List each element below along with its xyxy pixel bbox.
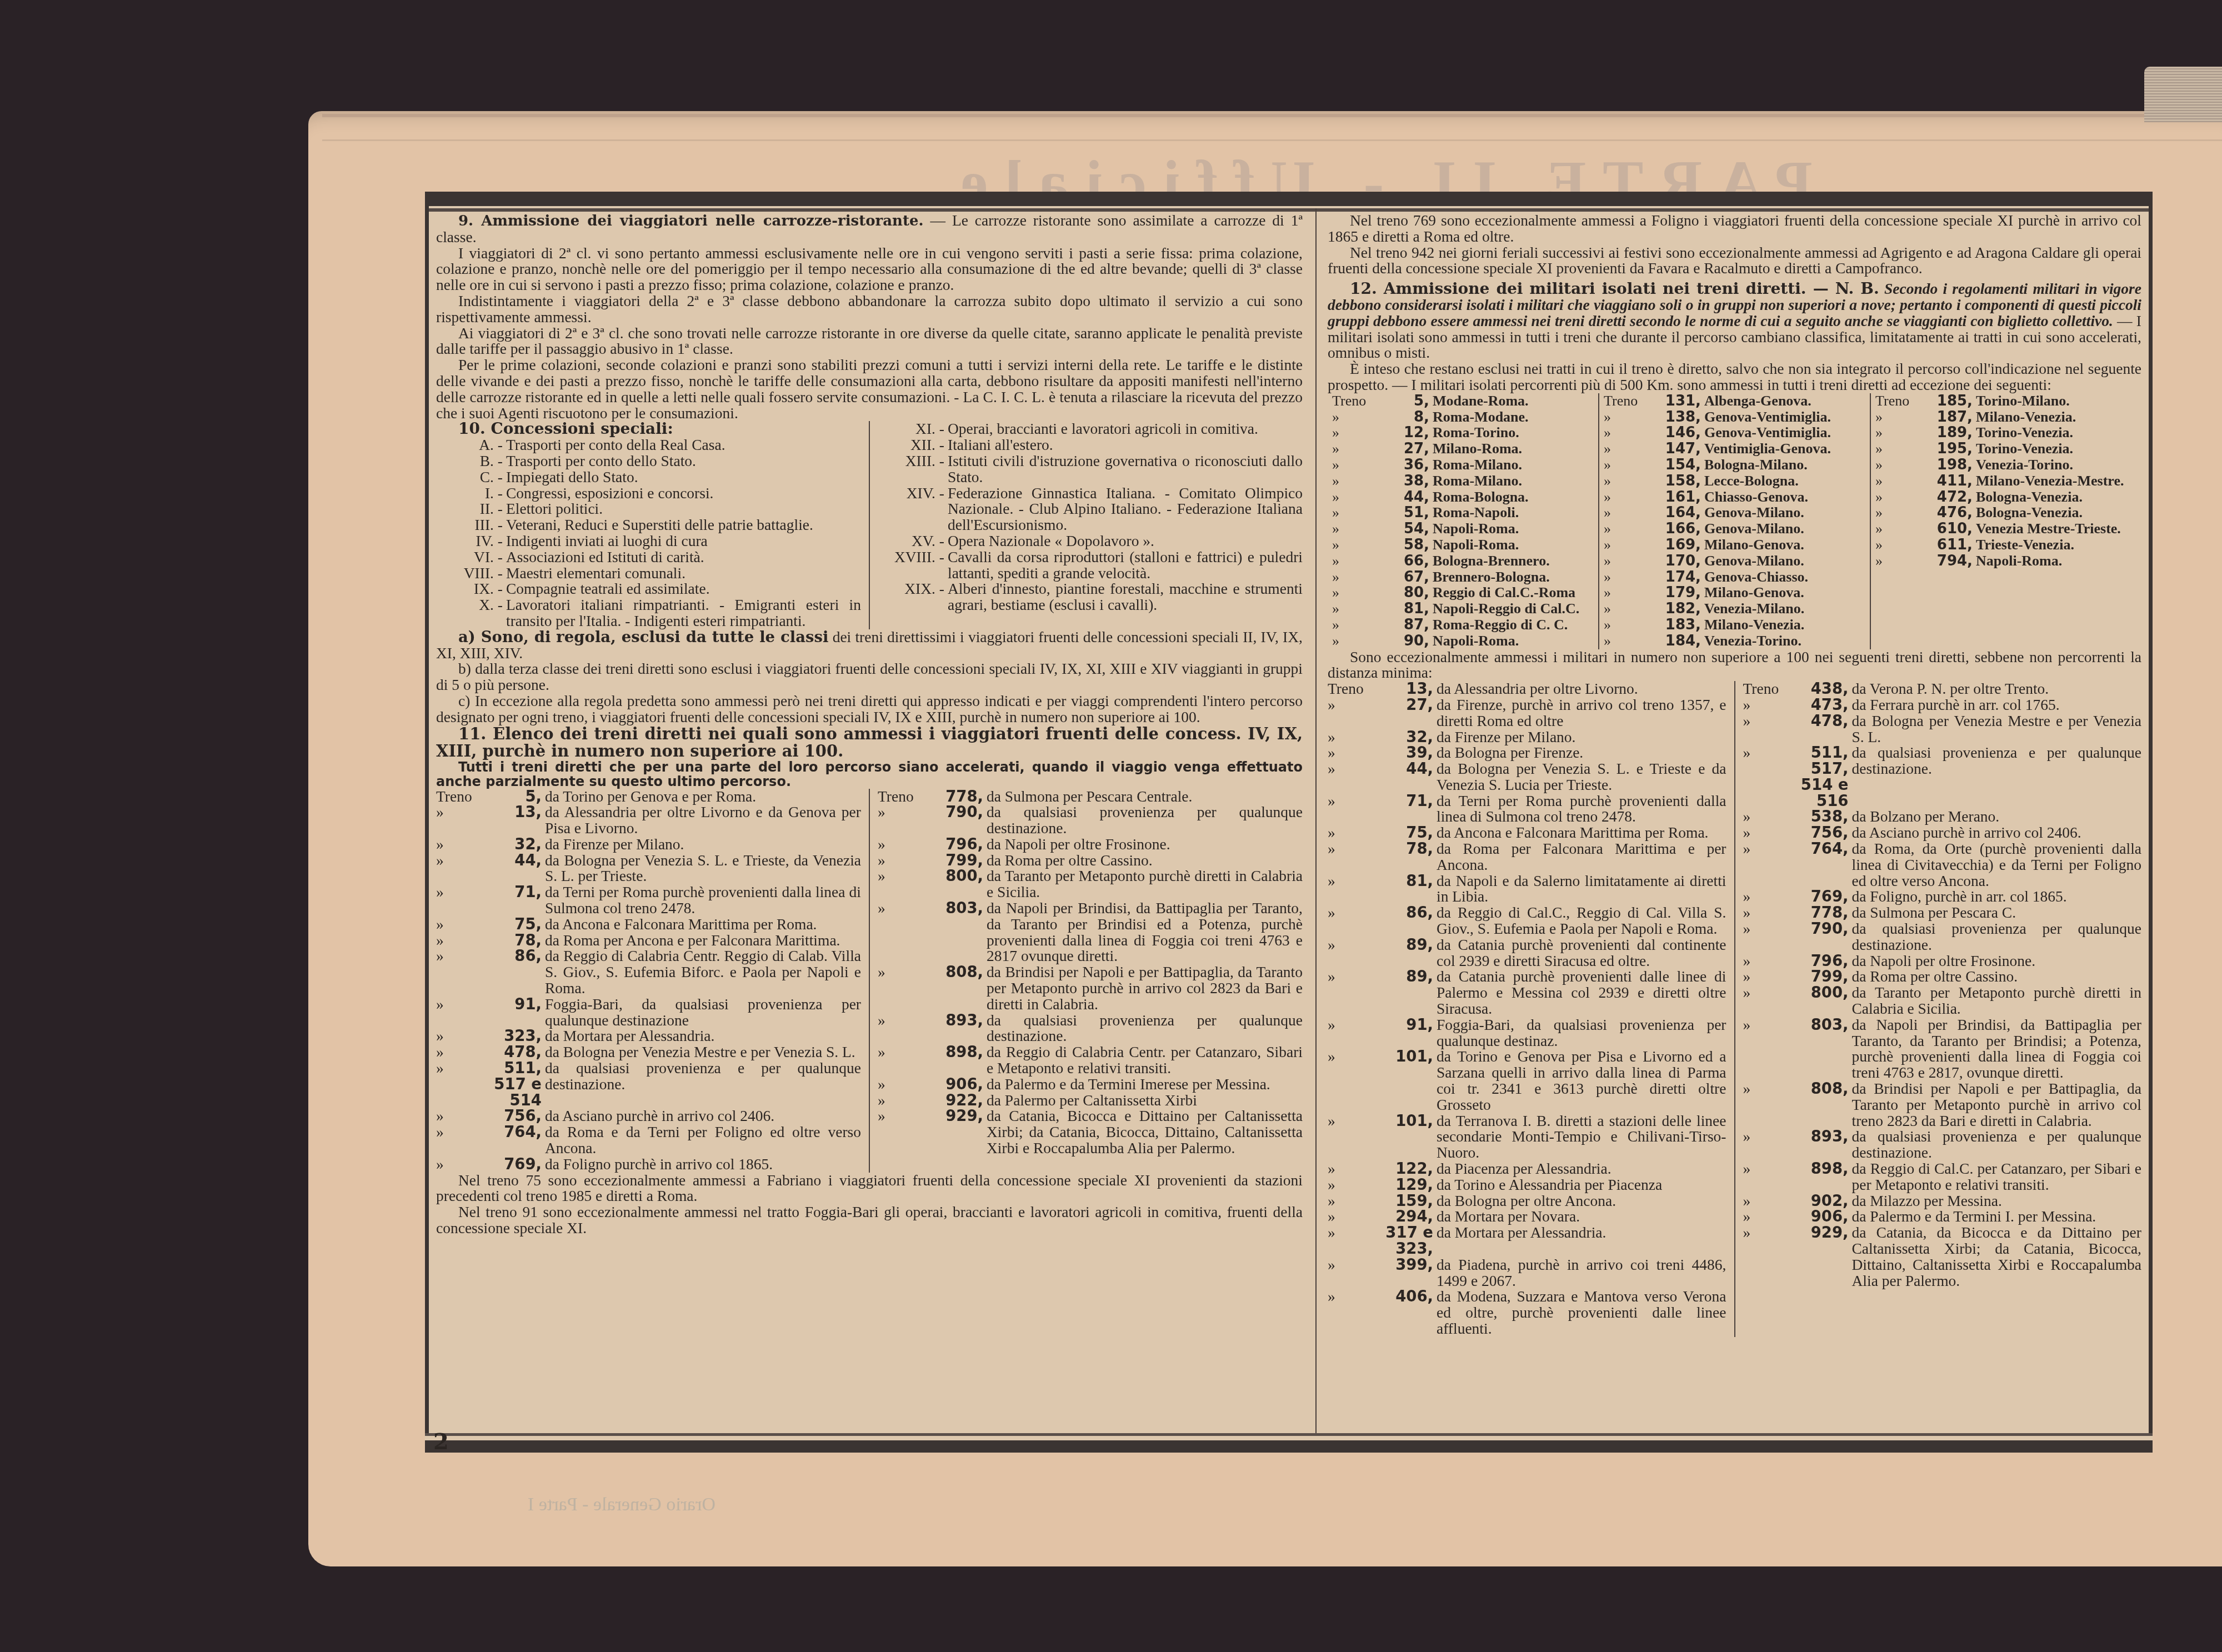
treno-label: »	[1875, 489, 1928, 505]
train-description: da Roma e da Terni per Foligno ed oltre …	[545, 1124, 861, 1157]
concession-code: II. -	[436, 501, 506, 517]
treno-label: »	[1743, 825, 1796, 841]
excluded-train: »38,Roma-Milano.	[1332, 473, 1594, 489]
train-description: da Catania, da Bicocca e da Dittaino per…	[1852, 1225, 2142, 1289]
train-description: da qualsiasi provenienza per qualunque d…	[987, 1013, 1303, 1045]
concession-text: Indigenti inviati ai luoghi di cura	[506, 533, 861, 549]
train-number: 323,	[489, 1028, 545, 1044]
admitted-trains-list: Treno13,da Alessandria per oltre Livorno…	[1328, 681, 2141, 1337]
train-number: 154,	[1657, 457, 1704, 473]
section-11-train-list: Treno5,da Torino per Genova e per Roma.»…	[436, 789, 1303, 1173]
train-entry: »778,da Sulmona per Pescara C.	[1743, 905, 2142, 921]
train-description: da Brindisi per Napoli e per Battipaglia…	[1852, 1081, 2142, 1129]
treno-label: »	[878, 868, 930, 900]
train-entry: »399,da Piadena, purchè in arrivo coi tr…	[1328, 1257, 1726, 1289]
train-description: da Bolzano per Merano.	[1852, 809, 2142, 825]
concession-text: Impiegati dello Stato.	[506, 469, 861, 485]
train-number: 769,	[1796, 889, 1852, 905]
excluded-train: »472,Bologna-Venezia.	[1875, 489, 2137, 505]
train-number: 796,	[930, 837, 987, 853]
train-entry: »32,da Firenze per Milano.	[436, 837, 861, 853]
train-number: 198,	[1928, 457, 1976, 473]
treno-label: »	[878, 1044, 930, 1077]
excluded-train: »138,Genova-Ventimiglia.	[1604, 409, 1865, 425]
concession-code: VIII. -	[436, 565, 506, 582]
train-description: da Alessandria per oltre Livorno.	[1437, 681, 1726, 697]
concession-code: B. -	[436, 453, 506, 469]
treno-label: »	[1743, 1161, 1796, 1193]
concession-text: Istituti civili d'istruzione governativa…	[948, 453, 1303, 485]
train-description: da Mortara per Novara.	[1437, 1209, 1726, 1225]
treno-label: »	[1332, 601, 1385, 617]
train-description: da Torino per Genova e per Roma.	[545, 789, 861, 805]
treno-label: »	[436, 948, 489, 996]
train-number: 91,	[1380, 1017, 1437, 1049]
excluded-train: »58,Napoli-Roma.	[1332, 537, 1594, 553]
train-number: 185,	[1928, 393, 1976, 409]
excluded-train: »67,Brennero-Bologna.	[1332, 569, 1594, 585]
train-entry: »800,da Taranto per Metaponto purchè dir…	[1743, 985, 2142, 1017]
excluded-train: »66,Bologna-Brennero.	[1332, 553, 1594, 569]
train-entry: »32,da Firenze per Milano.	[1328, 729, 1726, 745]
excluded-train: »158,Lecce-Bologna.	[1604, 473, 1865, 489]
treno-label: »	[1604, 425, 1657, 441]
excluded-train: »170,Genova-Milano.	[1604, 553, 1865, 569]
treno-label: »	[436, 1028, 489, 1044]
treno-label: »	[1332, 457, 1385, 473]
train-description: da Ancona e Falconara Marittima per Roma…	[1437, 825, 1726, 841]
train-number: 790,	[930, 804, 987, 837]
treno-label: Treno	[436, 789, 489, 805]
train-description: da Piacenza per Alessandria.	[1437, 1161, 1726, 1177]
train-number: 399,	[1380, 1257, 1437, 1289]
excluded-train: »169,Milano-Genova.	[1604, 537, 1865, 553]
excluded-train: »81,Napoli-Reggio di Cal.C.	[1332, 601, 1594, 617]
excluded-train: »610,Venezia Mestre-Trieste.	[1875, 521, 2137, 537]
train-entry: »89,da Catania purchè provenienti dalle …	[1328, 969, 1726, 1017]
train-number: 166,	[1657, 521, 1704, 537]
excluded-train: »182,Venezia-Milano.	[1604, 601, 1865, 617]
train-entry: »406,da Modena, Suzzara e Mantova verso …	[1328, 1289, 1726, 1336]
concession-code: A. -	[436, 437, 506, 453]
train-number: 86,	[1380, 905, 1437, 937]
bottom-rule	[425, 1433, 2153, 1453]
concession-text: Cavalli da corsa riproduttori (stalloni …	[948, 549, 1303, 582]
excluded-train: »179,Milano-Genova.	[1604, 585, 1865, 601]
train-entry: »764,da Roma e da Terni per Foligno ed o…	[436, 1124, 861, 1157]
train-description: da Taranto per Metaponto purchè diretti …	[1852, 985, 2142, 1017]
treno-label: »	[1604, 585, 1657, 601]
train-number: 538,	[1796, 809, 1852, 825]
train-number: 44,	[1380, 761, 1437, 793]
train-route: Roma-Reggio di C. C.	[1433, 617, 1568, 633]
treno-label: »	[878, 804, 930, 837]
treno-label: »	[436, 1108, 489, 1124]
concession-text: Veterani, Reduci e Superstiti delle patr…	[506, 517, 861, 533]
excluded-train: »166,Genova-Milano.	[1604, 521, 1865, 537]
train-entry: »81,da Napoli e da Salerno limitatamente…	[1328, 873, 1726, 905]
concession-item: III. -Veterani, Reduci e Superstiti dell…	[436, 517, 861, 533]
train-entry: »39,da Bologna per Firenze.	[1328, 745, 1726, 761]
train-number: 78,	[489, 933, 545, 949]
treno-label: »	[1604, 553, 1657, 569]
train-number: 478,	[1796, 713, 1852, 745]
page-number: 2	[433, 1429, 449, 1455]
train-description: da Ferrara purchè in arr. col 1765.	[1852, 697, 2142, 713]
train-description: da Roma per oltre Cassino.	[987, 853, 1303, 869]
train-number: 764,	[1796, 841, 1852, 889]
train-number: 122,	[1380, 1161, 1437, 1177]
train-number: 411,	[1928, 473, 1976, 489]
train-route: Genova-Milano.	[1704, 553, 1804, 569]
treno-label: »	[1743, 985, 1796, 1017]
train-number: 898,	[930, 1044, 987, 1077]
treno-label: »	[1328, 697, 1380, 729]
excluded-train: »184,Venezia-Torino.	[1604, 633, 1865, 649]
treno-label: »	[1743, 1209, 1796, 1225]
train-number: 511, 517, 514 e 516	[1796, 745, 1852, 809]
treno-label: »	[436, 837, 489, 853]
concession-item: XIII. -Istituti civili d'istruzione gove…	[878, 453, 1303, 485]
concession-text: Trasporti per conto della Real Casa.	[506, 437, 861, 453]
train-number: 317 e 323,	[1380, 1225, 1437, 1257]
train-route: Napoli-Roma.	[1433, 521, 1519, 537]
train-number: 80,	[1385, 585, 1433, 601]
train-entry: »906,da Palermo e da Termini Imerese per…	[878, 1077, 1303, 1093]
train-description: da Foligno, purchè in arr. col 1865.	[1852, 889, 2142, 905]
train-entry: »86,da Reggio di Cal.C., Reggio di Cal. …	[1328, 905, 1726, 937]
treno-label: »	[1743, 1129, 1796, 1161]
treno-label: »	[1604, 521, 1657, 537]
treno-label: »	[878, 900, 930, 964]
train-entry: »898,da Reggio di Cal.C. per Catanzaro, …	[1743, 1161, 2142, 1193]
train-description: da Bologna per Venezia Mestre e per Vene…	[545, 1044, 861, 1060]
train-entry: »91,Foggia-Bari, da qualsiasi provenienz…	[436, 997, 861, 1029]
train-entry: »800,da Taranto per Metaponto purchè dir…	[878, 868, 1303, 900]
train-entry: »511, 517 e 514da qualsiasi provenienza …	[436, 1060, 861, 1108]
train-number: 929,	[1796, 1225, 1852, 1289]
treno-label: »	[1328, 1289, 1380, 1336]
train-number: 5,	[1385, 393, 1433, 409]
train-number: 799,	[930, 853, 987, 869]
train-entry: »803,da Napoli per Brindisi, da Battipag…	[878, 900, 1303, 964]
treno-label: »	[1332, 521, 1385, 537]
train-description: da Milazzo per Messina.	[1852, 1193, 2142, 1209]
treno-label: »	[1604, 569, 1657, 585]
note-train-769: Nel treno 769 sono eccezionalmente ammes…	[1328, 213, 2141, 245]
train-entry: »756,da Asciano purchè in arrivo col 240…	[1743, 825, 2142, 841]
excluded-train: Treno5,Modane-Roma.	[1332, 393, 1594, 409]
train-route: Brennero-Bologna.	[1433, 569, 1550, 585]
treno-label: »	[1332, 617, 1385, 633]
train-description: Foggia-Bari, da qualsiasi provenienza pe…	[545, 997, 861, 1029]
train-description: da Mortara per Alessandria.	[545, 1028, 861, 1044]
excluded-train: »174,Genova-Chiasso.	[1604, 569, 1865, 585]
excluded-train: »189,Torino-Venezia.	[1875, 425, 2137, 441]
treno-label: »	[1328, 1209, 1380, 1225]
train-number: 39,	[1380, 745, 1437, 761]
section-12: 12. Ammissione dei militari isolati nei …	[1328, 281, 2141, 361]
concession-item: I. -Congressi, esposizioni e concorsi.	[436, 485, 861, 502]
column-divider	[1315, 208, 1317, 1436]
concession-text: Congressi, esposizioni e concorsi.	[506, 485, 861, 502]
treno-label: »	[1743, 953, 1796, 969]
treno-label: »	[1604, 617, 1657, 633]
excluded-train: »12,Roma-Torino.	[1332, 425, 1594, 441]
train-number: 159,	[1380, 1193, 1437, 1209]
treno-label: »	[1328, 793, 1380, 825]
train-route: Milano-Genova.	[1704, 585, 1804, 601]
section-11-note: Tutti i treni diretti che per una parte …	[436, 760, 1303, 789]
train-entry: »893,da qualsiasi provenienza e per qual…	[1743, 1129, 2142, 1161]
treno-label: »	[1328, 1193, 1380, 1209]
treno-label: »	[1328, 873, 1380, 905]
train-route: Roma-Milano.	[1433, 473, 1522, 489]
train-number: 158,	[1657, 473, 1704, 489]
concession-text: Compagnie teatrali ed assimilate.	[506, 581, 861, 597]
train-description: da Palermo e da Termini I. per Messina.	[1852, 1209, 2142, 1225]
train-route: Roma-Torino.	[1433, 425, 1519, 441]
treno-label: Treno	[1332, 393, 1385, 409]
train-number: 164,	[1657, 505, 1704, 521]
treno-label: »	[1332, 505, 1385, 521]
train-entry: Treno13,da Alessandria per oltre Livorno…	[1328, 681, 1726, 697]
train-number: 756,	[489, 1108, 545, 1124]
concession-code: VI. -	[436, 549, 506, 565]
treno-label: »	[436, 917, 489, 933]
excluded-train: »161,Chiasso-Genova.	[1604, 489, 1865, 505]
concession-item: XVIII. -Cavalli da corsa riproduttori (s…	[878, 549, 1303, 582]
train-description: da Bologna per Firenze.	[1437, 745, 1726, 761]
train-number: 71,	[1380, 793, 1437, 825]
train-route: Napoli-Reggio di Cal.C.	[1433, 601, 1579, 617]
train-entry: »769,da Foligno, purchè in arr. col 1865…	[1743, 889, 2142, 905]
treno-label: »	[436, 884, 489, 917]
section-10-title: 10. Concessioni speciali:	[436, 421, 861, 437]
concession-text: Operai, braccianti e lavoratori agricoli…	[948, 421, 1303, 437]
treno-label: »	[1328, 1049, 1380, 1113]
note-train-91: Nel treno 91 sono eccezionalmente ammess…	[436, 1204, 1303, 1237]
train-route: Genova-Milano.	[1704, 505, 1804, 521]
section-12-paragraph: Sono eccezionalmente ammessi i militari …	[1328, 649, 2141, 682]
treno-label: »	[1604, 537, 1657, 553]
train-number: 769,	[489, 1157, 545, 1173]
train-number: 78,	[1380, 841, 1437, 873]
train-description: da Roma, da Orte (purchè provenienti dal…	[1852, 841, 2142, 889]
treno-label: »	[1332, 489, 1385, 505]
train-number: 808,	[930, 964, 987, 1012]
train-route: Bologna-Venezia.	[1976, 489, 2083, 505]
concession-code: XVIII. -	[878, 549, 948, 582]
treno-label: »	[1743, 809, 1796, 825]
treno-label: »	[1332, 537, 1385, 553]
train-number: 610,	[1928, 521, 1976, 537]
treno-label: »	[1743, 1081, 1796, 1129]
treno-label: »	[1332, 409, 1385, 425]
treno-label: »	[1875, 537, 1928, 553]
treno-label: »	[1743, 841, 1796, 889]
train-route: Napoli-Roma.	[1976, 553, 2062, 569]
concession-code: IX. -	[436, 581, 506, 597]
train-entry: »808,da Brindisi per Napoli e per Battip…	[878, 964, 1303, 1012]
treno-label: »	[1328, 1177, 1380, 1193]
treno-label: »	[1328, 1017, 1380, 1049]
treno-label: »	[1604, 633, 1657, 649]
train-number: 75,	[489, 917, 545, 933]
train-route: Torino-Milano.	[1976, 393, 2070, 409]
train-number: 81,	[1385, 601, 1433, 617]
excluded-train: »44,Roma-Bologna.	[1332, 489, 1594, 505]
train-route: Torino-Venezia.	[1976, 425, 2073, 441]
train-number: 38,	[1385, 473, 1433, 489]
train-entry: »803,da Napoli per Brindisi, da Battipag…	[1743, 1017, 2142, 1081]
treno-label: »	[1743, 969, 1796, 985]
train-number: 51,	[1385, 505, 1433, 521]
train-description: da Verona P. N. per oltre Trento.	[1852, 681, 2142, 697]
train-entry: »294,da Mortara per Novara.	[1328, 1209, 1726, 1225]
excluded-train: »147,Ventimiglia-Genova.	[1604, 441, 1865, 457]
treno-label: »	[1743, 905, 1796, 921]
train-route: Lecce-Bologna.	[1704, 473, 1799, 489]
train-route: Venezia-Milano.	[1704, 601, 1804, 617]
excluded-train: »27,Milano-Roma.	[1332, 441, 1594, 457]
train-number: 170,	[1657, 553, 1704, 569]
train-number: 764,	[489, 1124, 545, 1157]
train-route: Roma-Napoli.	[1433, 505, 1519, 521]
concession-item: C. -Impiegati dello Stato.	[436, 469, 861, 485]
train-description: da Roma per oltre Cassino.	[1852, 969, 2142, 985]
treno-label: »	[1743, 697, 1796, 713]
excluded-train: »51,Roma-Napoli.	[1332, 505, 1594, 521]
concession-code: XIII. -	[878, 453, 948, 485]
train-route: Roma-Milano.	[1433, 457, 1522, 473]
note-train-75: Nel treno 75 sono eccezionalmente ammess…	[436, 1173, 1303, 1205]
bleed-through-footer: Orario Generale - Parte I	[528, 1494, 715, 1515]
excluded-train: »87,Roma-Reggio di C. C.	[1332, 617, 1594, 633]
train-number: 929,	[930, 1108, 987, 1156]
note-train-942: Nel treno 942 nei giorni feriali success…	[1328, 245, 2141, 277]
treno-label: »	[1332, 633, 1385, 649]
treno-label: »	[1875, 441, 1928, 457]
excluded-train: Treno185,Torino-Milano.	[1875, 393, 2137, 409]
train-entry: »478,da Bologna per Venezia Mestre e per…	[436, 1044, 861, 1060]
train-number: 902,	[1796, 1193, 1852, 1209]
train-number: 71,	[489, 884, 545, 917]
train-number: 187,	[1928, 409, 1976, 425]
train-number: 800,	[930, 868, 987, 900]
train-route: Bologna-Milano.	[1704, 457, 1808, 473]
treno-label: »	[436, 1060, 489, 1108]
train-description: da qualsiasi provenienza e per qualunque…	[1852, 1129, 2142, 1161]
concession-text: Federazione Ginnastica Italiana. - Comit…	[948, 485, 1303, 533]
train-entry: »790,da qualsiasi provenienza per qualun…	[878, 804, 1303, 837]
train-number: 778,	[930, 789, 987, 805]
train-entry: »44,da Bologna per Venezia S. L. e Tries…	[436, 853, 861, 885]
rule-a: a) Sono, di regola, esclusi da tutte le …	[436, 629, 1303, 662]
train-number: 893,	[930, 1013, 987, 1045]
concession-item: B. -Trasporti per conto dello Stato.	[436, 453, 861, 469]
train-description: da Napoli per Brindisi, da Battipaglia p…	[1852, 1017, 2142, 1081]
train-number: 8,	[1385, 409, 1433, 425]
concession-item: XV. -Opera Nazionale « Dopolavoro ».	[878, 533, 1303, 549]
train-number: 90,	[1385, 633, 1433, 649]
train-description: da Sulmona per Pescara Centrale.	[987, 789, 1303, 805]
train-description: da Brindisi per Napoli e per Battipaglia…	[987, 964, 1303, 1012]
treno-label: »	[1332, 441, 1385, 457]
train-number: 174,	[1657, 569, 1704, 585]
train-entry: »902,da Milazzo per Messina.	[1743, 1193, 2142, 1209]
train-entry: »91,Foggia-Bari, da qualsiasi provenienz…	[1328, 1017, 1726, 1049]
train-entry: »796,da Napoli per oltre Frosinone.	[1743, 953, 2142, 969]
train-entry: »922,da Palermo per Caltanissetta Xirbi	[878, 1093, 1303, 1109]
train-number: 893,	[1796, 1129, 1852, 1161]
train-route: Ventimiglia-Genova.	[1704, 441, 1831, 457]
excluded-train: »476,Bologna-Venezia.	[1875, 505, 2137, 521]
treno-label: »	[1743, 1017, 1796, 1081]
treno-label: »	[1604, 457, 1657, 473]
train-number: 81,	[1380, 873, 1437, 905]
train-number: 13,	[1380, 681, 1437, 697]
right-column: Nel treno 769 sono eccezionalmente ammes…	[1328, 213, 2141, 1337]
treno-label: »	[1604, 473, 1657, 489]
train-route: Venezia Mestre-Trieste.	[1976, 521, 2121, 537]
treno-label: »	[436, 1124, 489, 1157]
excluded-train: »80,Reggio di Cal.C.-Roma	[1332, 585, 1594, 601]
train-description: da Firenze, purchè in arrivo col treno 1…	[1437, 697, 1726, 729]
train-route: Venezia-Torino.	[1976, 457, 2073, 473]
train-number: 438,	[1796, 681, 1852, 697]
train-number: 138,	[1657, 409, 1704, 425]
train-route: Genova-Ventimiglia.	[1704, 409, 1831, 425]
train-description: da qualsiasi provenienza per qualunque d…	[1852, 921, 2142, 953]
train-description: da Terni per Roma purchè provenienti dal…	[1437, 793, 1726, 825]
train-description: da Palermo e da Termini Imerese per Mess…	[987, 1077, 1303, 1093]
train-entry: »75,da Ancona e Falconara Marittima per …	[1328, 825, 1726, 841]
concession-code: XI. -	[878, 421, 948, 437]
train-entry: »929,da Catania, da Bicocca e da Dittain…	[1743, 1225, 2142, 1289]
train-number: 189,	[1928, 425, 1976, 441]
excluded-train: »154,Bologna-Milano.	[1604, 457, 1865, 473]
train-entry: »323,da Mortara per Alessandria.	[436, 1028, 861, 1044]
train-route: Venezia-Torino.	[1704, 633, 1801, 649]
train-route: Roma-Bologna.	[1433, 489, 1529, 505]
train-number: 131,	[1657, 393, 1704, 409]
treno-label: »	[878, 837, 930, 853]
excluded-train: »198,Venezia-Torino.	[1875, 457, 2137, 473]
train-description: da Reggio di Calabria Centr. per Catanza…	[987, 1044, 1303, 1077]
treno-label: »	[1328, 1113, 1380, 1161]
section-9-paragraph: I viaggiatori di 2ª cl. vi sono pertanto…	[436, 246, 1303, 293]
concession-item: X. -Lavoratori italiani rimpatrianti. - …	[436, 597, 861, 629]
excluded-train: »54,Napoli-Roma.	[1332, 521, 1594, 537]
train-description: da Firenze per Milano.	[1437, 729, 1726, 745]
excluded-train: »164,Genova-Milano.	[1604, 505, 1865, 521]
section-12-title: 12. Ammissione dei militari isolati nei …	[1350, 279, 1879, 298]
section-9-paragraph: Ai viaggiatori di 2ª e 3ª cl. che sono t…	[436, 326, 1303, 358]
train-number: 161,	[1657, 489, 1704, 505]
treno-label: »	[1328, 729, 1380, 745]
train-description: da Foligno purchè in arrivo col 1865.	[545, 1157, 861, 1173]
train-description: da Terni per Roma purchè provenienti dal…	[545, 884, 861, 917]
train-number: 406,	[1380, 1289, 1437, 1336]
treno-label: »	[1743, 1225, 1796, 1289]
train-number: 32,	[1380, 729, 1437, 745]
train-number: 179,	[1657, 585, 1704, 601]
treno-label: Treno	[1875, 393, 1928, 409]
excluded-train: »794,Napoli-Roma.	[1875, 553, 2137, 569]
page-top-edge	[322, 114, 2222, 141]
train-entry: »44,da Bologna per Venezia S. L. e Tries…	[1328, 761, 1726, 793]
